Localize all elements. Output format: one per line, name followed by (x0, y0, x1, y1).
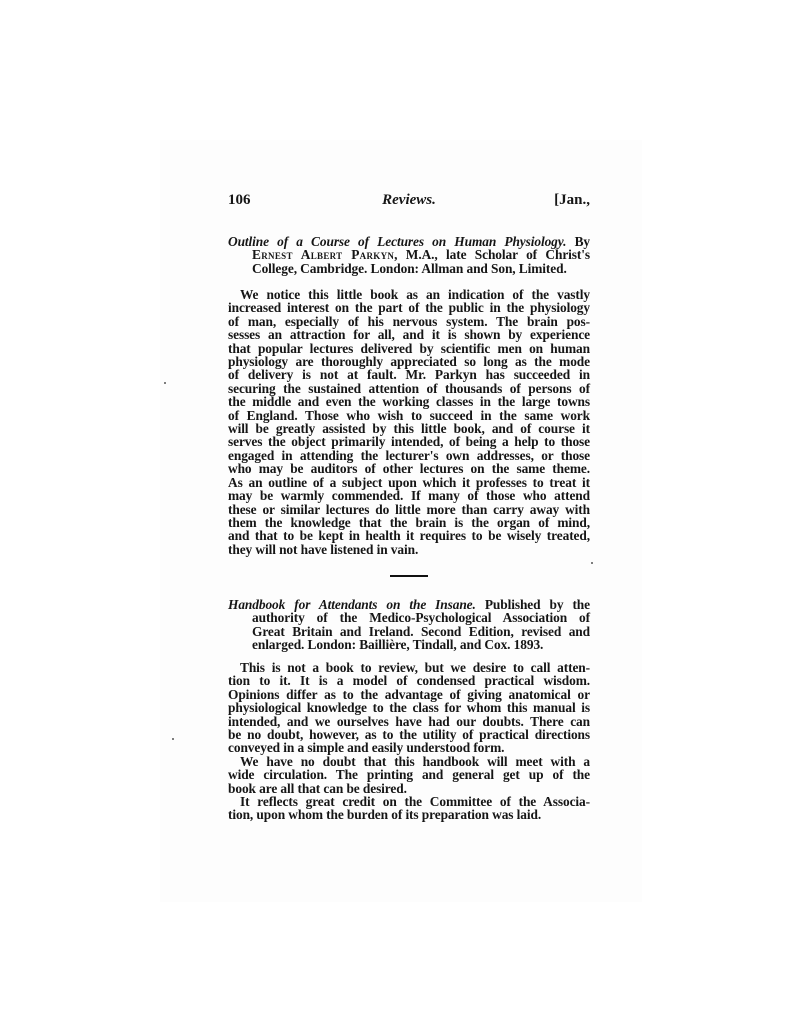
text-line: engaged in attending the lecturer's own … (228, 449, 590, 462)
text-line: they will not have listened in vain. (228, 543, 590, 556)
text-line: We notice this little book as an indicat… (228, 288, 590, 301)
running-head: 106 Reviews. [Jan., (228, 192, 590, 212)
scan-speck (591, 562, 593, 564)
text-line: be no doubt, however, as to the utility … (228, 728, 590, 741)
review1-body: We notice this little book as an indicat… (228, 288, 590, 556)
text-line: This is not a book to review, but we des… (228, 661, 590, 674)
text-line: may be warmly commended. If many of thos… (228, 489, 590, 502)
text-line: wide circulation. The printing and gener… (228, 768, 590, 781)
review1-publisher: College, Cambridge. London: Allman and S… (228, 262, 590, 275)
text-line: securing the sustained attention of thou… (228, 382, 590, 395)
review2-body: This is not a book to review, but we des… (228, 661, 590, 822)
text-line: physiology are thoroughly appreciated so… (228, 355, 590, 368)
citation-line: Great Britain and Ireland. Second Editio… (228, 625, 590, 638)
text-line: book are all that can be desired. (228, 782, 590, 795)
issue-date: [Jan., (554, 192, 590, 209)
review1-citation: Outline of a Course of Lectures on Human… (228, 235, 590, 275)
scan-speck (164, 382, 166, 384)
scan-speck (172, 738, 174, 740)
text-line: As an outline of a subject upon which it… (228, 476, 590, 489)
text-line: tion, upon whom the burden of its prepar… (228, 808, 590, 821)
text-line: physiological knowledge to the class for… (228, 701, 590, 714)
text-line: We have no doubt that this handbook will… (228, 755, 590, 768)
text-line: Opinions differ as to the advantage of g… (228, 688, 590, 701)
text-line: and that to be kept in health it require… (228, 529, 590, 542)
text-line: serves the object primarily intended, of… (228, 435, 590, 448)
text-line: It reflects great credit on the Committe… (228, 795, 590, 808)
text-line: will be greatly assisted by this little … (228, 422, 590, 435)
text-line: tion to it. It is a model of condensed p… (228, 674, 590, 687)
section-divider-rule (390, 575, 428, 577)
citation-line: authority of the Medico-Psychological As… (228, 611, 590, 624)
text-line: them the knowledge that the brain is the… (228, 516, 590, 529)
text-line: sesses an attraction for all, and it is … (228, 328, 590, 341)
text-line: intended, and we ourselves have had our … (228, 715, 590, 728)
text-line: that popular lectures delivered by scien… (228, 342, 590, 355)
text-line: increased interest on the part of the pu… (228, 301, 590, 314)
text-line: the middle and even the working classes … (228, 395, 590, 408)
citation-line: enlarged. London: Baillière, Tindall, an… (228, 638, 590, 651)
text-line: who may be auditors of other lectures on… (228, 462, 590, 475)
section-title: Reviews. (228, 192, 590, 209)
text-line: of man, especially of his nervous system… (228, 315, 590, 328)
review2-citation: Handbook for Attendants on the Insane. P… (228, 598, 590, 652)
text-line: of delivery is not at fault. Mr. Parkyn … (228, 368, 590, 381)
text-line: these or similar lectures do little more… (228, 503, 590, 516)
text-line: of England. Those who wish to succeed in… (228, 409, 590, 422)
text-line: conveyed in a simple and easily understo… (228, 741, 590, 754)
